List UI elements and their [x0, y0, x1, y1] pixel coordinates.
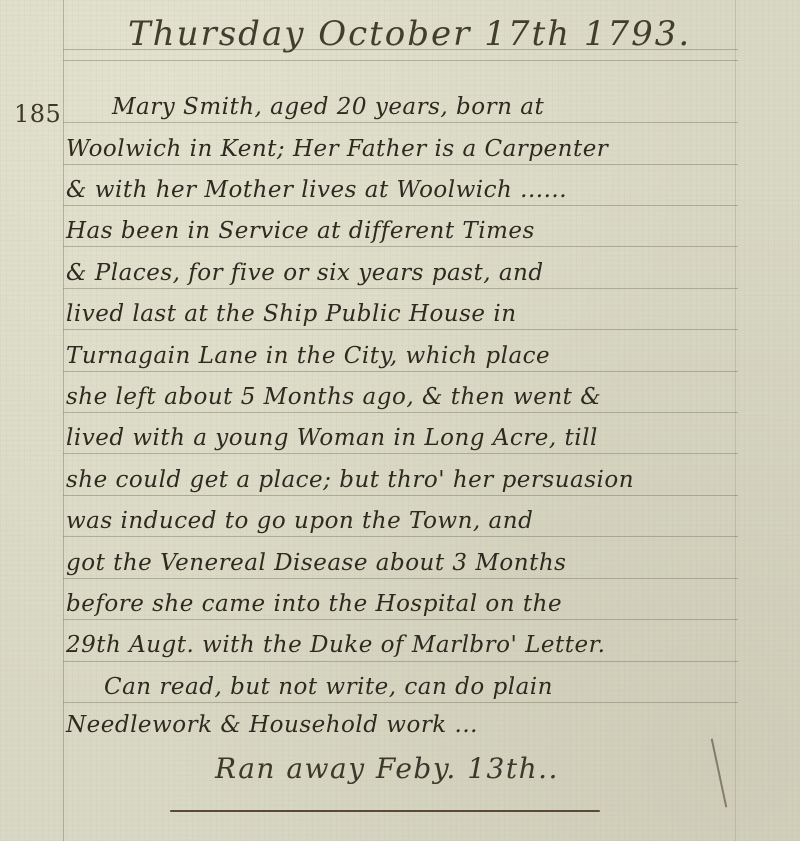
- entry-line: before she came into the Hospital on the: [66, 591, 562, 617]
- rule-line: [63, 702, 738, 703]
- rule-line: [63, 661, 738, 662]
- right-margin-line: [735, 0, 736, 841]
- entry-line: Mary Smith, aged 20 years, born at: [112, 94, 544, 120]
- rule-line: [63, 619, 738, 620]
- entry-line: Woolwich in Kent; Her Father is a Carpen…: [66, 136, 608, 162]
- ink-stroke: [711, 739, 728, 808]
- rule-line: [63, 205, 738, 206]
- entry-line: lived last at the Ship Public House in: [66, 301, 517, 327]
- entry-line: lived with a young Woman in Long Acre, t…: [66, 425, 598, 451]
- entry-line: & with her Mother lives at Woolwich ....…: [66, 177, 567, 203]
- rule-line: [63, 371, 738, 372]
- left-margin-line: [63, 0, 64, 841]
- entry-line: 29th Augt. with the Duke of Marlbro' Let…: [66, 632, 605, 658]
- entry-line: Has been in Service at different Times: [66, 218, 535, 244]
- entry-line: she could get a place; but thro' her per…: [66, 467, 634, 493]
- entry-line: Needlework & Household work ...: [66, 712, 478, 738]
- rule-line: [63, 288, 738, 289]
- rule-line: [63, 536, 738, 537]
- rule-line: [63, 453, 738, 454]
- rule-line: [63, 164, 738, 165]
- rule-line: [63, 578, 738, 579]
- date-heading: Thursday October 17th 1793.: [128, 14, 691, 54]
- rule-line: [63, 122, 738, 123]
- rule-line: [63, 60, 738, 61]
- entry-line: was induced to go upon the Town, and: [66, 508, 533, 534]
- ledger-page: Thursday October 17th 1793. 185 Mary Smi…: [0, 0, 800, 841]
- rule-line: [63, 246, 738, 247]
- entry-line: Turnagain Lane in the City, which place: [66, 343, 550, 369]
- rule-line: [63, 412, 738, 413]
- entry-closing-rule: [170, 810, 600, 812]
- entry-line: & Places, for five or six years past, an…: [66, 260, 544, 286]
- entry-line: got the Venereal Disease about 3 Months: [66, 550, 566, 576]
- entry-line: she left about 5 Months ago, & then went…: [66, 384, 601, 410]
- rule-line: [63, 329, 738, 330]
- entry-number: 185: [14, 100, 61, 128]
- rule-line: [63, 495, 738, 496]
- entry-line: Can read, but not write, can do plain: [104, 674, 553, 700]
- discharge-note: Ran away Feby. 13th..: [215, 752, 559, 785]
